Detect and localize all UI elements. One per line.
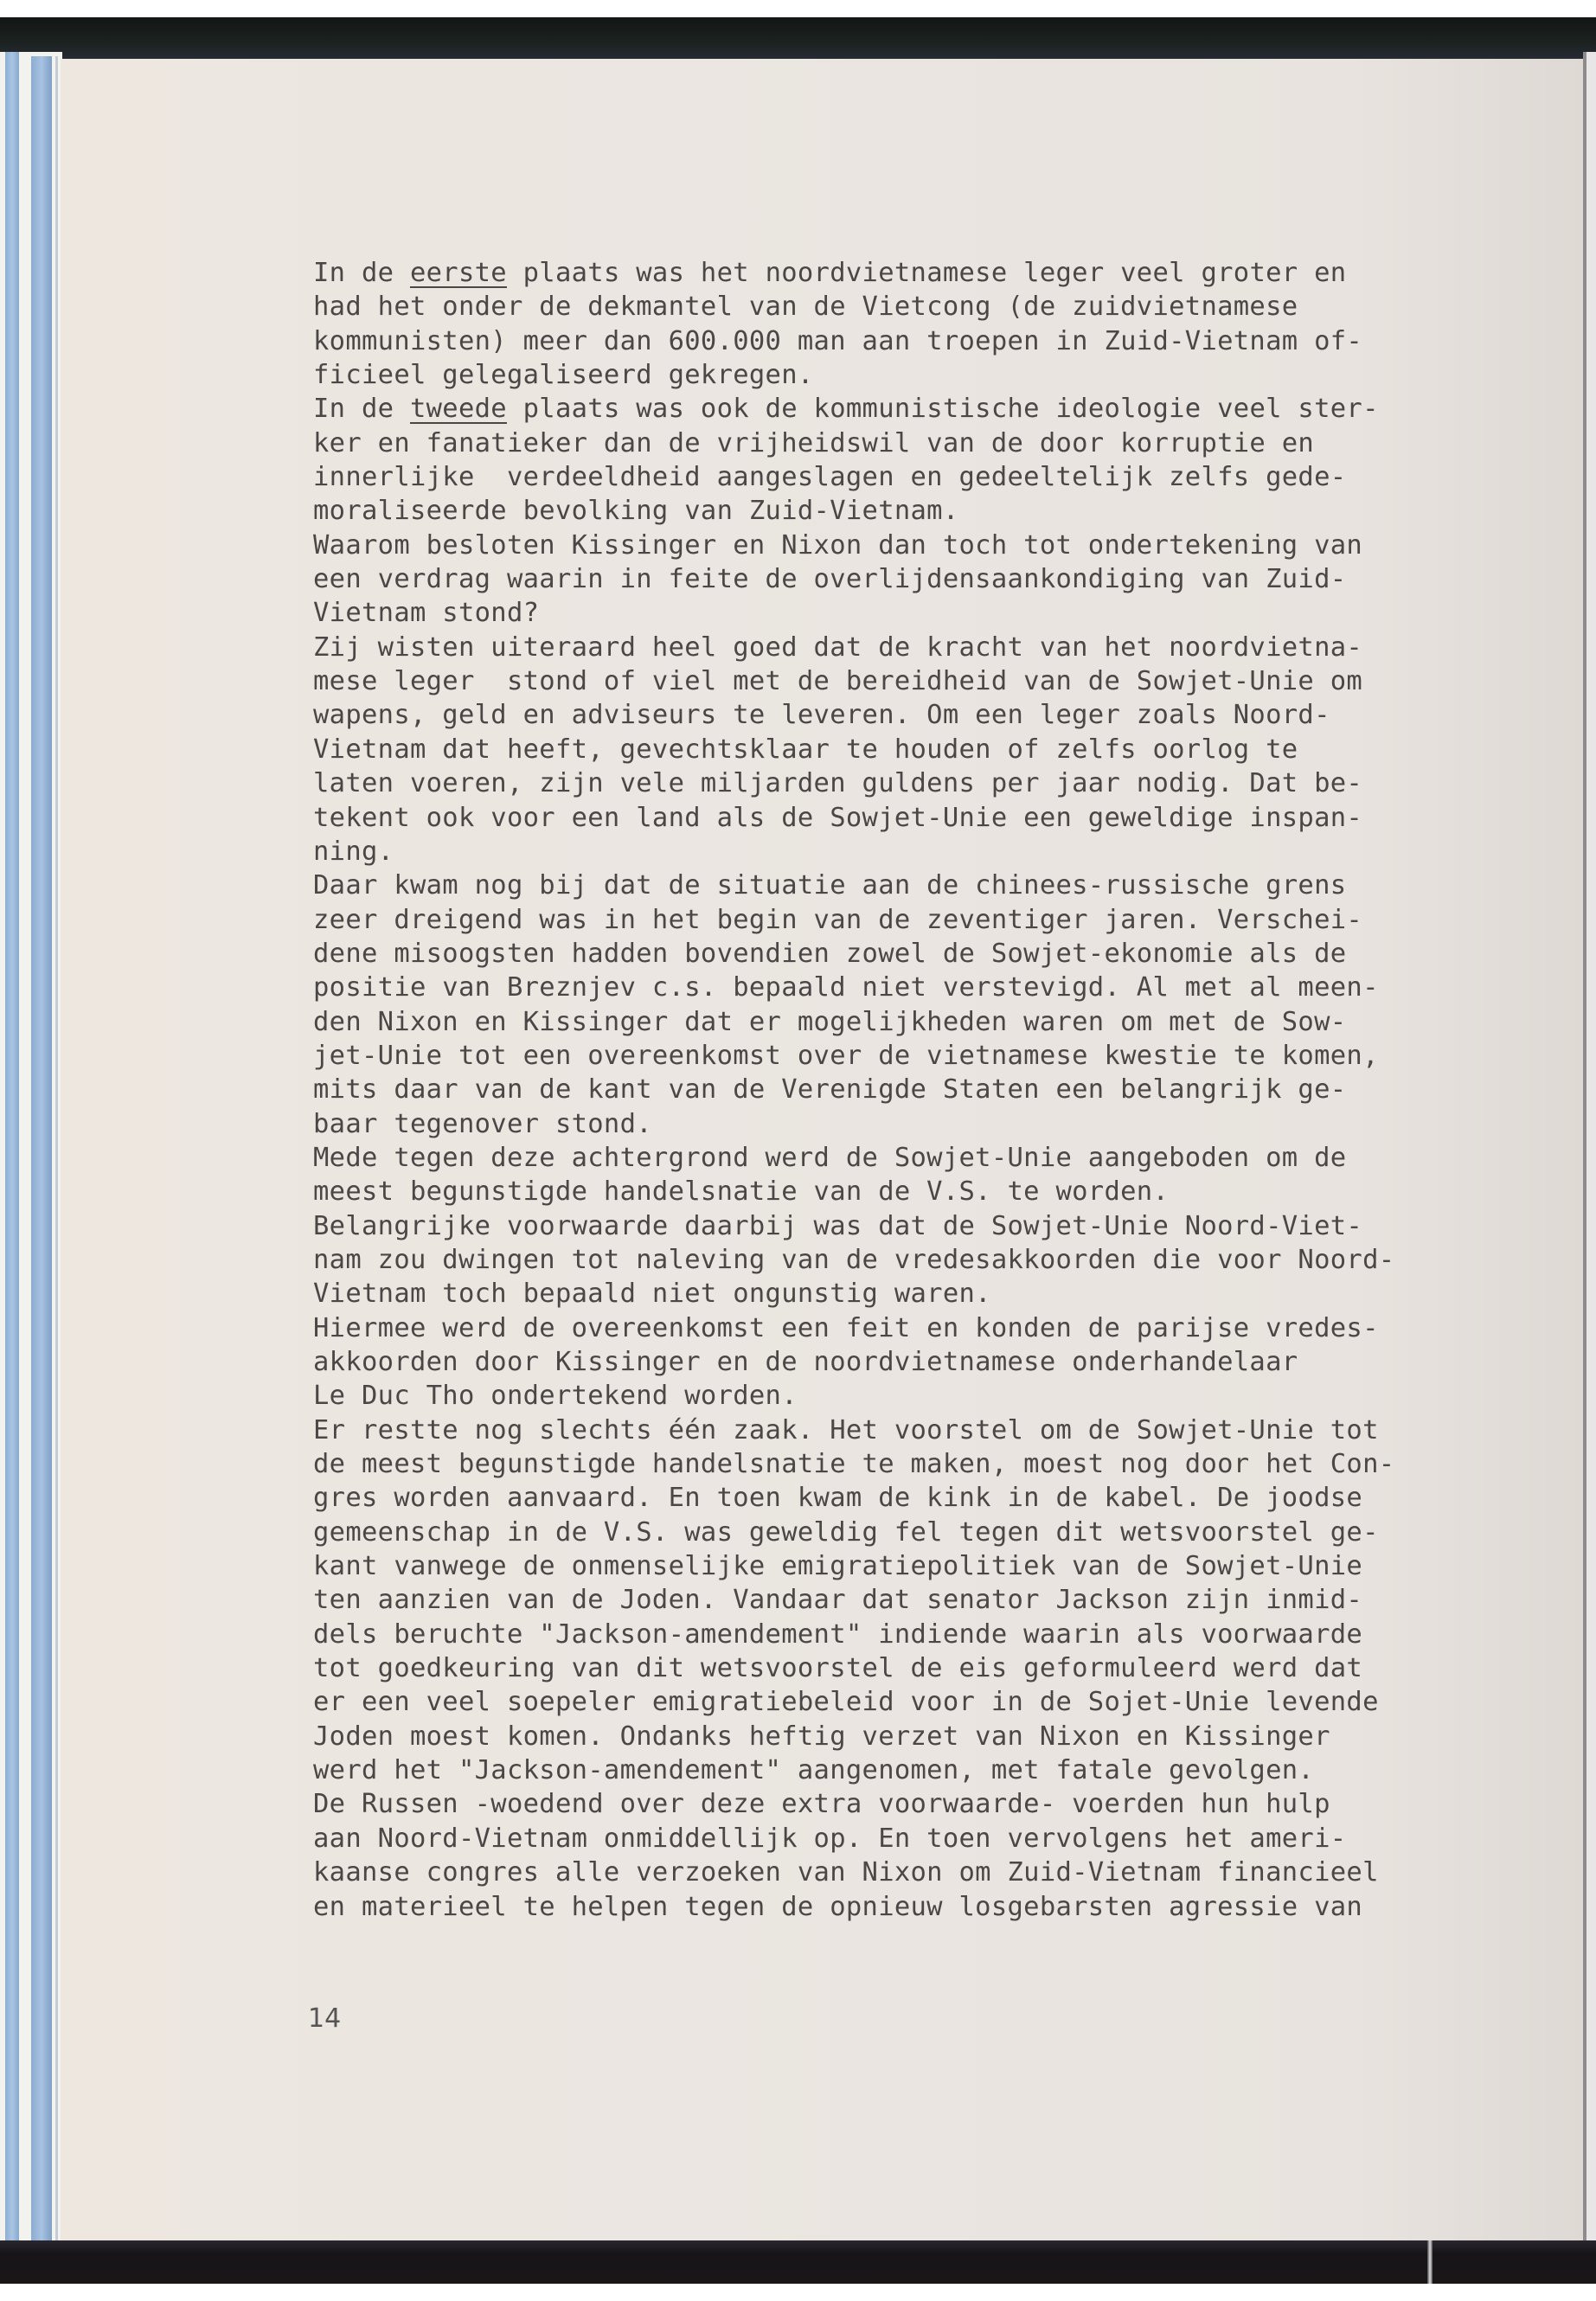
text-line: jet-Unie tot een overeenkomst over de vi… xyxy=(313,1039,1542,1073)
text-line: mits daar van de kant van de Verenigde S… xyxy=(313,1073,1542,1106)
text-line: Vietnam stond? xyxy=(313,596,1542,630)
spine-strip xyxy=(5,52,19,2245)
text-line: innerlijke verdeeldheid aangeslagen en g… xyxy=(313,460,1542,494)
text-line: zeer dreigend was in het begin van de ze… xyxy=(313,903,1542,937)
book-spine xyxy=(0,52,62,2245)
text-line: baar tegenover stond. xyxy=(313,1107,1542,1141)
text-line: Belangrijke voorwaarde daarbij was dat d… xyxy=(313,1209,1542,1243)
book-binding-bottom xyxy=(0,2240,1596,2284)
binding-glint xyxy=(1427,2240,1433,2284)
text-line: ten aanzien van de Joden. Vandaar dat se… xyxy=(313,1583,1542,1617)
text-line: Mede tegen deze achtergrond werd de Sowj… xyxy=(313,1141,1542,1175)
text-line: tekent ook voor een land als de Sowjet-U… xyxy=(313,801,1542,835)
text-line: Daar kwam nog bij dat de situatie aan de… xyxy=(313,868,1542,902)
body-text: In de eerste plaats was het noordvietnam… xyxy=(313,256,1542,1924)
text-line: In de tweede plaats was ook de kommunist… xyxy=(313,392,1542,426)
text-line: en materieel te helpen tegen de opnieuw … xyxy=(313,1890,1542,1924)
text-line: aan Noord-Vietnam onmiddellijk op. En to… xyxy=(313,1822,1542,1856)
text-line: kommunisten) meer dan 600.000 man aan tr… xyxy=(313,324,1542,358)
underlined-word: tweede xyxy=(410,394,507,424)
text-line: een verdrag waarin in feite de overlijde… xyxy=(313,562,1542,596)
text-line: De Russen -woedend over deze extra voorw… xyxy=(313,1787,1542,1821)
spine-edge xyxy=(55,56,58,2249)
text-line: kaanse congres alle verzoeken van Nixon … xyxy=(313,1856,1542,1889)
text-line: meest begunstigde handelsnatie van de V.… xyxy=(313,1175,1542,1208)
page-edge-outer xyxy=(1586,52,1596,2245)
text-line: de meest begunstigde handelsnatie te mak… xyxy=(313,1447,1542,1481)
text-line: ker en fanatieker dan de vrijheidswil va… xyxy=(313,426,1542,460)
text-line: gres worden aanvaard. En toen kwam de ki… xyxy=(313,1481,1542,1515)
text-line: dels beruchte "Jackson-amendement" indie… xyxy=(313,1618,1542,1651)
text-line: In de eerste plaats was het noordvietnam… xyxy=(313,256,1542,290)
underlined-word: eerste xyxy=(410,258,507,288)
text-line: Waarom besloten Kissinger en Nixon dan t… xyxy=(313,529,1542,562)
text-line: positie van Breznjev c.s. bepaald niet v… xyxy=(313,971,1542,1004)
text-line: werd het "Jackson-amendement" aangenomen… xyxy=(313,1753,1542,1787)
spine-strip xyxy=(31,56,52,2249)
text-line: er een veel soepeler emigratiebeleid voo… xyxy=(313,1685,1542,1719)
text-line: kant vanwege de onmenselijke emigratiepo… xyxy=(313,1549,1542,1583)
text-line: gemeenschap in de V.S. was geweldig fel … xyxy=(313,1516,1542,1549)
text-line: dene misoogsten hadden bovendien zowel d… xyxy=(313,937,1542,971)
text-line: Vietnam toch bepaald niet ongunstig ware… xyxy=(313,1277,1542,1311)
text-line: Le Duc Tho ondertekend worden. xyxy=(313,1379,1542,1413)
text-line: Vietnam dat heeft, gevechtsklaar te houd… xyxy=(313,733,1542,766)
text-line: mese leger stond of viel met de bereidhe… xyxy=(313,664,1542,698)
text-line: Hiermee werd de overeenkomst een feit en… xyxy=(313,1311,1542,1345)
page-number: 14 xyxy=(308,2003,341,2034)
text-line: had het onder de dekmantel van de Vietco… xyxy=(313,290,1542,324)
text-line: nam zou dwingen tot naleving van de vred… xyxy=(313,1243,1542,1277)
text-line: wapens, geld en adviseurs te leveren. Om… xyxy=(313,698,1542,732)
text-line: Zij wisten uiteraard heel goed dat de kr… xyxy=(313,631,1542,664)
text-line: Er restte nog slechts één zaak. Het voor… xyxy=(313,1413,1542,1447)
text-line: akkoorden door Kissinger en de noordviet… xyxy=(313,1345,1542,1379)
text-line: Joden moest komen. Ondanks heftig verzet… xyxy=(313,1720,1542,1753)
text-line: moraliseerde bevolking van Zuid-Vietnam. xyxy=(313,494,1542,528)
text-line: den Nixon en Kissinger dat er mogelijkhe… xyxy=(313,1005,1542,1039)
text-line: ficieel gelegaliseerd gekregen. xyxy=(313,358,1542,392)
text-line: laten voeren, zijn vele miljarden gulden… xyxy=(313,766,1542,800)
text-line: ning. xyxy=(313,835,1542,868)
book-binding-top xyxy=(0,17,1596,59)
text-line: tot goedkeuring van dit wetsvoorstel de … xyxy=(313,1651,1542,1685)
